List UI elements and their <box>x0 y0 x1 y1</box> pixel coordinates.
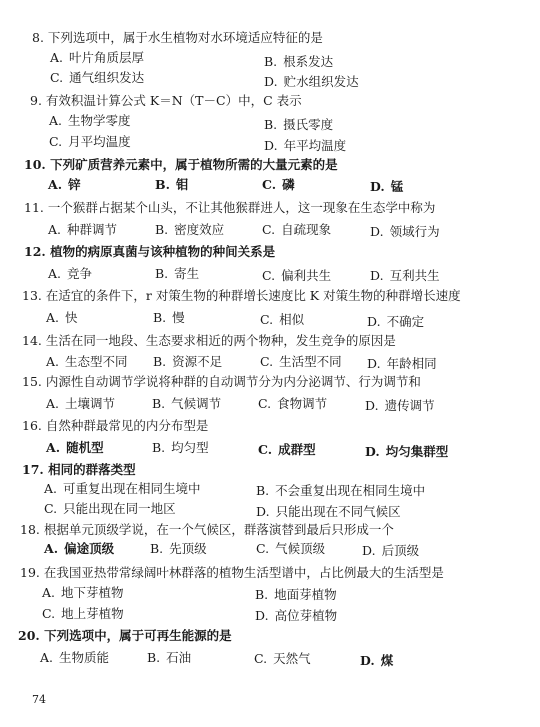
option-18c: C.气候顶级 <box>256 541 325 557</box>
option-9d: D.年平均温度 <box>264 138 346 154</box>
option-10c: C.磷 <box>262 177 295 193</box>
question-number: 10. <box>24 157 46 173</box>
option-14c: C.生活型不同 <box>260 354 342 370</box>
question-20: 20. 下列选项中，属于可再生能源的是 <box>18 628 232 644</box>
option-15a: A.土壤调节 <box>46 396 115 412</box>
option-12b: B.寄生 <box>155 266 199 282</box>
question-text: 相同的群落类型 <box>48 462 136 477</box>
question-number: 14. <box>22 333 42 349</box>
question-text: 生活在同一地段、生态要求相近的两个物种，发生竞争的原因是 <box>46 333 396 348</box>
option-16c: C.成群型 <box>258 442 316 458</box>
question-15: 15. 内源性自动调节学说将种群的自动调节分为内分泌调节、行为调节和 <box>22 374 421 390</box>
option-18a: A.偏途顶级 <box>44 541 114 557</box>
question-text: 下列选项中，属于可再生能源的是 <box>44 628 232 643</box>
question-text: 植物的病原真菌与该种植物的种间关系是 <box>50 244 275 259</box>
option-14a: A.生态型不同 <box>46 354 128 370</box>
question-9: 9. 有效积温计算公式 K＝N（T－C）中，C 表示 <box>30 93 302 109</box>
question-text: 自然种群最常见的内分布型是 <box>46 418 209 433</box>
option-10a: A.锌 <box>48 177 81 193</box>
question-number: 17. <box>22 462 44 478</box>
option-9c: C.月平均温度 <box>49 134 131 150</box>
question-text: 根据单元顶级学说，在一个气候区，群落演替到最后只形成一个 <box>44 522 394 537</box>
option-8a: A.叶片角质层厚 <box>50 50 144 66</box>
option-15d: D.遗传调节 <box>365 398 435 414</box>
question-text: 下列矿质营养元素中，属于植物所需的大量元素的是 <box>50 157 338 172</box>
option-12a: A.竞争 <box>48 266 92 282</box>
option-12c: C.偏利共生 <box>262 268 331 284</box>
option-18d: D.后顶级 <box>362 543 419 559</box>
option-11b: B.密度效应 <box>155 222 224 238</box>
question-8: 8. 下列选项中，属于水生植物对水环境适应特征的是 <box>32 30 323 46</box>
question-text: 在适宜的条件下，r 对策生物的种群增长速度比 K 对策生物的种群增长速度 <box>46 288 461 303</box>
option-13b: B.慢 <box>153 310 185 326</box>
option-16d: D.均匀集群型 <box>365 444 448 460</box>
option-8c: C.通气组织发达 <box>50 70 144 86</box>
question-number: 11. <box>24 200 44 216</box>
question-text: 有效积温计算公式 K＝N（T－C）中，C 表示 <box>46 93 302 108</box>
question-12: 12. 植物的病原真菌与该种植物的种间关系是 <box>24 244 275 260</box>
question-number: 9. <box>30 93 42 109</box>
option-12d: D.互利共生 <box>370 268 440 284</box>
option-8d: D.贮水组织发达 <box>264 74 359 90</box>
option-17b: B.不会重复出现在相同生境中 <box>256 483 425 499</box>
question-text: 一个猴群占据某个山头，不让其他猴群进人，这一现象在生态学中称为 <box>48 200 436 215</box>
option-13a: A.快 <box>46 310 78 326</box>
option-11d: D.领域行为 <box>370 224 440 240</box>
question-number: 12. <box>24 244 46 260</box>
option-8b: B.根系发达 <box>264 54 333 70</box>
question-number: 20. <box>18 628 40 644</box>
question-number: 15. <box>22 374 42 390</box>
option-16b: B.均匀型 <box>152 440 209 456</box>
question-19: 19. 在我国亚热带常绿阔叶林群落的植物生活型谱中，占比例最大的生活型是 <box>20 565 444 581</box>
option-11c: C.自疏现象 <box>262 222 331 238</box>
option-20d: D.煤 <box>360 653 393 669</box>
question-17: 17. 相同的群落类型 <box>22 462 136 478</box>
question-18: 18. 根据单元顶级学说，在一个气候区，群落演替到最后只形成一个 <box>20 522 394 538</box>
option-17c: C.只能出现在同一地区 <box>44 501 176 517</box>
question-number: 13. <box>22 288 42 304</box>
question-number: 18. <box>20 522 40 538</box>
option-13c: C.相似 <box>260 312 304 328</box>
option-17a: A.可重复出现在相同生境中 <box>44 481 201 497</box>
question-number: 16. <box>22 418 42 434</box>
option-18b: B.先顶级 <box>150 541 207 557</box>
option-10b: B.钼 <box>155 177 188 193</box>
question-number: 8. <box>32 30 44 46</box>
question-text: 下列选项中，属于水生植物对水环境适应特征的是 <box>48 30 323 45</box>
option-13d: D.不确定 <box>367 314 424 330</box>
question-number: 19. <box>20 565 40 581</box>
option-20b: B.石油 <box>147 650 191 666</box>
exam-page: 8. 下列选项中，属于水生植物对水环境适应特征的是 A.叶片角质层厚 B.根系发… <box>0 0 540 727</box>
option-11a: A.种群调节 <box>48 222 117 238</box>
option-20a: A.生物质能 <box>40 650 109 666</box>
question-13: 13. 在适宜的条件下，r 对策生物的种群增长速度比 K 对策生物的种群增长速度 <box>22 288 461 304</box>
option-19a: A.地下芽植物 <box>42 585 124 601</box>
question-text: 在我国亚热带常绿阔叶林群落的植物生活型谱中，占比例最大的生活型是 <box>44 565 444 580</box>
option-10d: D.锰 <box>370 179 403 195</box>
page-number: 74 <box>32 693 46 706</box>
option-17d: D.只能出现在不同气候区 <box>256 504 401 520</box>
option-14b: B.资源不足 <box>153 354 222 370</box>
option-15c: C.食物调节 <box>258 396 327 412</box>
option-19d: D.高位芽植物 <box>255 608 337 624</box>
question-10: 10. 下列矿质营养元素中，属于植物所需的大量元素的是 <box>24 157 338 173</box>
option-19b: B.地面芽植物 <box>255 587 337 603</box>
question-14: 14. 生活在同一地段、生态要求相近的两个物种，发生竞争的原因是 <box>22 333 396 349</box>
option-20c: C.天然气 <box>254 651 311 667</box>
option-9a: A.生物学零度 <box>49 113 131 129</box>
option-14d: D.年龄相同 <box>367 356 437 372</box>
option-19c: C.地上芽植物 <box>42 606 124 622</box>
option-9b: B.摄氏零度 <box>264 117 333 133</box>
question-16: 16. 自然种群最常见的内分布型是 <box>22 418 208 434</box>
option-15b: B.气候调节 <box>152 396 221 412</box>
question-text: 内源性自动调节学说将种群的自动调节分为内分泌调节、行为调节和 <box>46 374 421 389</box>
question-11: 11. 一个猴群占据某个山头，不让其他猴群进人，这一现象在生态学中称为 <box>24 200 435 216</box>
option-16a: A.随机型 <box>46 440 104 456</box>
